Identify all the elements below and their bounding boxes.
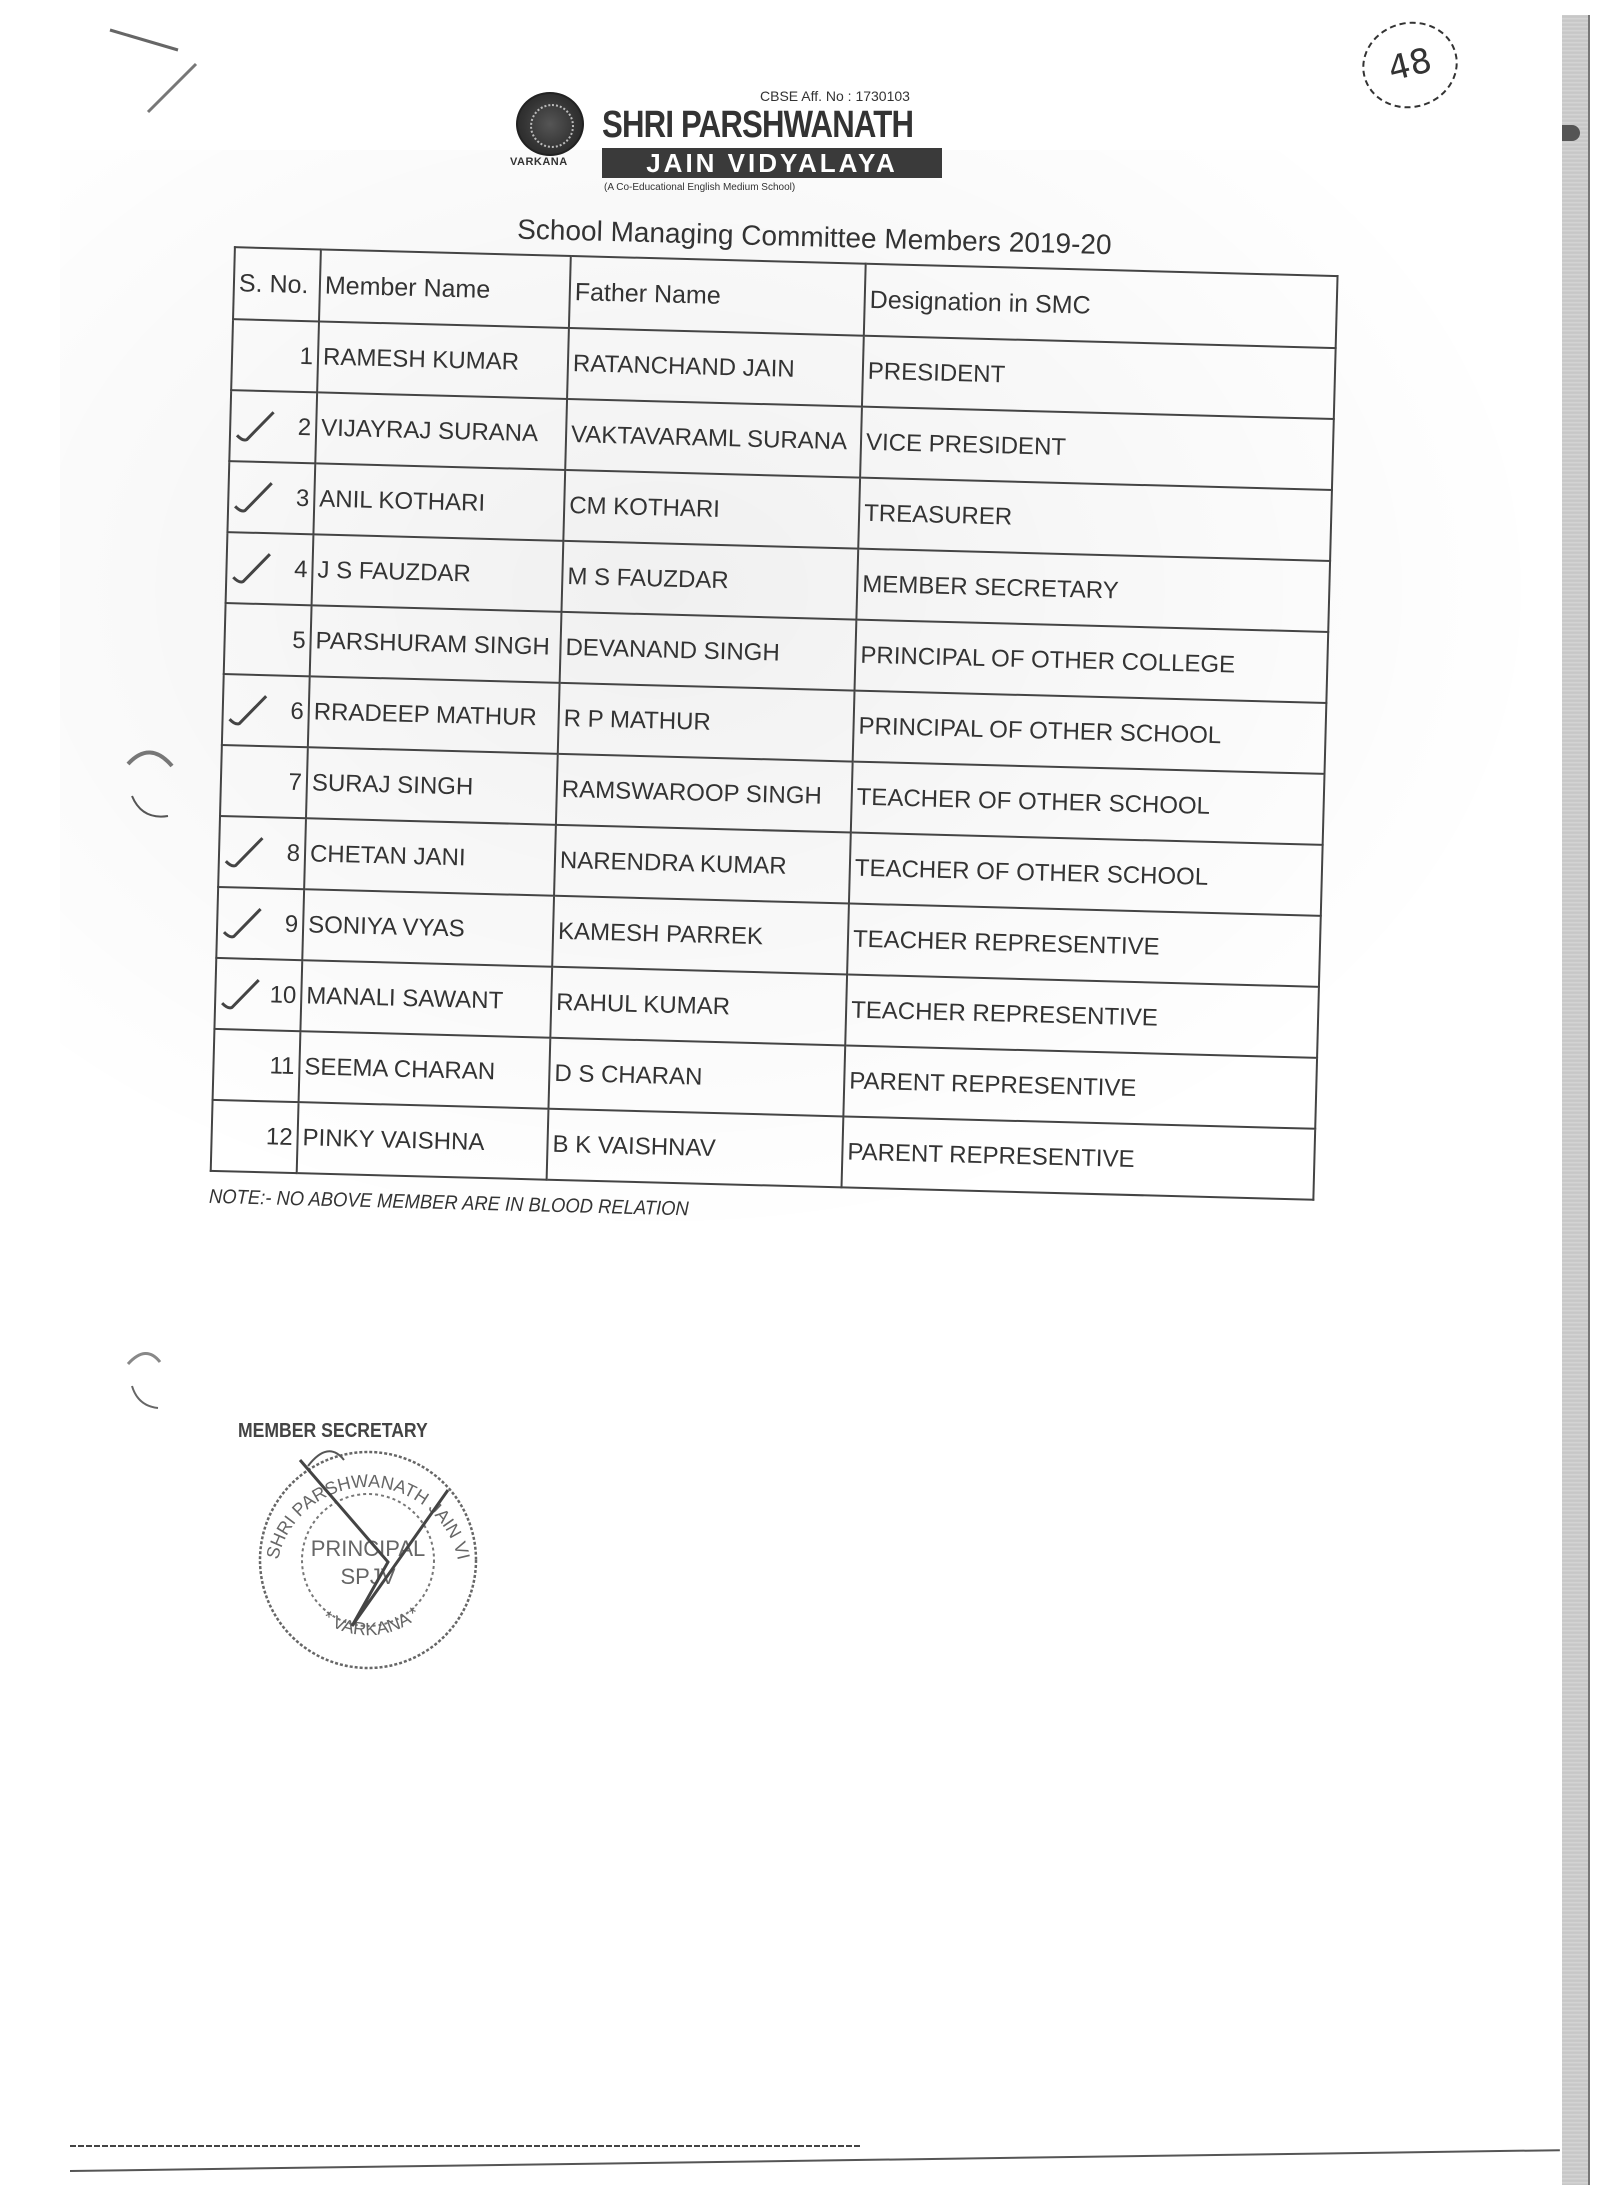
cell-member-name: RAMESH KUMAR [317, 321, 569, 399]
cell-father-name: RATANCHAND JAIN [567, 328, 864, 407]
signatory-label: MEMBER SECRETARY [238, 1420, 428, 1443]
cell-father-name: KAMESH PARREK [552, 896, 849, 975]
handwritten-page-number: 48 [1353, 12, 1467, 119]
cell-sno-text: 10 [269, 981, 296, 1009]
school-name-line2: JAIN VIDYALAYA [602, 148, 942, 178]
cell-member-name-text: J S FAUZDAR [317, 556, 471, 587]
cell-father-name-text: KAMESH PARREK [558, 917, 764, 949]
cell-designation: PRINCIPAL OF OTHER SCHOOL [853, 691, 1327, 774]
cell-sno-text: 8 [286, 839, 300, 866]
cell-designation: PRESIDENT [862, 336, 1336, 419]
checkmark-icon [233, 405, 284, 446]
cell-father-name: B K VAISHNAV [547, 1109, 844, 1188]
cell-sno: 4 [226, 532, 314, 605]
school-subtitle: (A Co-Educational English Medium School) [604, 182, 795, 193]
scanner-edge-strip [1562, 15, 1590, 2185]
cell-sno-text: 1 [299, 342, 313, 369]
cell-father-name-text: VAKTAVARAML SURANA [571, 421, 848, 455]
cell-member-name: PARSHURAM SINGH [310, 605, 562, 683]
cell-father-name-text: D S CHARAN [554, 1059, 703, 1090]
cell-father-name-text: RAHUL KUMAR [556, 988, 730, 1020]
cell-father-name: RAHUL KUMAR [550, 967, 847, 1046]
cell-father-name-text: M S FAUZDAR [567, 563, 729, 594]
cell-sno-text: 5 [292, 626, 306, 653]
cell-member-name: ANIL KOTHARI [313, 463, 565, 541]
cell-sno-text: 7 [288, 768, 302, 795]
checkmark-icon [229, 547, 280, 588]
cell-sno: 11 [213, 1029, 301, 1102]
cell-father-name-text: CM KOTHARI [569, 492, 720, 523]
cell-member-name: SURAJ SINGH [306, 747, 558, 825]
cell-member-name-text: SURAJ SINGH [312, 769, 474, 800]
header-sno: S. No. [233, 247, 321, 321]
cell-father-name: M S FAUZDAR [561, 541, 858, 620]
cell-sno: 10 [214, 958, 302, 1031]
cell-member-name: SEEMA CHARAN [299, 1031, 551, 1109]
cell-father-name: D S CHARAN [548, 1038, 845, 1117]
cell-designation: TEACHER REPRESENTIVE [847, 903, 1321, 986]
letterhead: VARKANA CBSE Aff. No : 1730103 SHRI PARS… [510, 82, 950, 202]
cell-designation: PARENT REPRESENTIVE [843, 1045, 1317, 1128]
cell-member-name-text: RAMESH KUMAR [323, 343, 520, 375]
cell-designation-text: PARENT REPRESENTIVE [847, 1138, 1135, 1173]
cell-sno-text: 2 [298, 413, 312, 440]
cell-father-name-text: NARENDRA KUMAR [560, 846, 787, 879]
cell-sno-text: 4 [294, 555, 308, 582]
cell-father-name: DEVANAND SINGH [560, 612, 857, 691]
cell-member-name: CHETAN JANI [304, 818, 556, 896]
cell-sno: 1 [231, 319, 319, 392]
header-father-name: Father Name [569, 256, 866, 336]
cell-father-name-text: B K VAISHNAV [552, 1130, 716, 1161]
cell-designation-text: TEACHER OF OTHER SCHOOL [855, 854, 1209, 890]
cell-designation: VICE PRESIDENT [860, 407, 1334, 490]
cell-member-name: J S FAUZDAR [312, 534, 564, 612]
cell-designation: TEACHER REPRESENTIVE [845, 974, 1319, 1057]
cell-designation-text: VICE PRESIDENT [866, 428, 1067, 460]
pen-mark-icon [100, 20, 210, 120]
checkmark-icon [225, 689, 276, 730]
cell-sno: 6 [222, 674, 310, 747]
cell-designation-text: PRESIDENT [868, 357, 1006, 388]
cell-member-name: SONIYA VYAS [302, 889, 554, 967]
header-designation: Designation in SMC [864, 264, 1338, 348]
committee-table: S. No. Member Name Father Name Designati… [210, 246, 1339, 1201]
cell-member-name-text: RRADEEP MATHUR [313, 698, 537, 731]
cell-member-name-text: PARSHURAM SINGH [315, 627, 550, 660]
school-stamp-icon: SHRI PARSHWANATH JAIN VIDYALAYA * VARKAN… [248, 1430, 488, 1670]
school-logo-icon [516, 92, 584, 156]
cell-member-name: MANALI SAWANT [300, 960, 552, 1038]
cell-sno: 3 [227, 461, 315, 534]
school-name-line1: SHRI PARSHWANATH [602, 104, 913, 147]
hole-punch-icon [120, 1340, 190, 1430]
checkmark-icon [218, 973, 269, 1014]
cell-sno-text: 6 [290, 697, 304, 724]
cell-designation-text: TEACHER REPRESENTIVE [851, 996, 1158, 1031]
checkmark-icon [231, 476, 282, 517]
cell-designation-text: PRINCIPAL OF OTHER COLLEGE [860, 641, 1235, 678]
cell-sno: 5 [224, 603, 312, 676]
cell-father-name-text: DEVANAND SINGH [565, 633, 780, 666]
svg-text:* VARKANA *: * VARKANA * [319, 1603, 424, 1640]
cell-member-name-text: CHETAN JANI [310, 840, 466, 871]
cell-father-name: R P MATHUR [558, 683, 855, 762]
header-member-name: Member Name [319, 249, 571, 328]
footer-rule [70, 2149, 1560, 2172]
cell-father-name-text: RATANCHAND JAIN [573, 350, 795, 383]
cell-designation: MEMBER SECRETARY [856, 549, 1330, 632]
cell-designation: TEACHER OF OTHER SCHOOL [851, 762, 1325, 845]
cell-designation-text: TEACHER REPRESENTIVE [853, 925, 1160, 960]
cell-designation: PRINCIPAL OF OTHER COLLEGE [855, 620, 1329, 703]
cell-sno-text: 11 [269, 1052, 295, 1080]
clip-mark-icon [1562, 125, 1580, 141]
cell-member-name-text: PINKY VAISHNA [302, 1124, 484, 1156]
cell-father-name: RAMSWAROOP SINGH [556, 754, 853, 833]
cell-member-name-text: SEEMA CHARAN [304, 1053, 495, 1085]
cell-designation: TEACHER OF OTHER SCHOOL [849, 833, 1323, 916]
cell-designation-text: MEMBER SECRETARY [862, 570, 1119, 604]
checkmark-icon [220, 902, 271, 943]
logo-caption: VARKANA [510, 156, 568, 168]
cell-member-name-text: ANIL KOTHARI [319, 485, 485, 516]
checkmark-icon [222, 831, 273, 872]
cell-father-name: NARENDRA KUMAR [554, 825, 851, 904]
cell-sno-text: 9 [285, 910, 299, 937]
cell-sno-text: 12 [266, 1123, 293, 1151]
cell-sno: 7 [220, 745, 308, 818]
cell-member-name-text: SONIYA VYAS [308, 911, 465, 942]
cell-sno: 8 [218, 816, 306, 889]
cell-father-name: VAKTAVARAML SURANA [565, 399, 862, 478]
cell-designation: PARENT REPRESENTIVE [842, 1116, 1316, 1199]
cell-sno-text: 3 [296, 484, 310, 511]
cell-designation: TREASURER [858, 478, 1332, 561]
cell-father-name: CM KOTHARI [563, 470, 860, 549]
cell-designation-text: PRINCIPAL OF OTHER SCHOOL [858, 712, 1221, 748]
cell-member-name: RRADEEP MATHUR [308, 676, 560, 754]
cell-member-name-text: VIJAYRAJ SURANA [321, 414, 539, 447]
cell-sno: 12 [211, 1100, 299, 1173]
affiliation-number: CBSE Aff. No : 1730103 [760, 88, 910, 104]
cell-member-name: VIJAYRAJ SURANA [315, 392, 567, 470]
cell-member-name: PINKY VAISHNA [297, 1102, 549, 1180]
signature-block: SHRI PARSHWANATH JAIN VIDYALAYA * VARKAN… [238, 1420, 518, 1670]
cell-designation-text: TEACHER OF OTHER SCHOOL [856, 783, 1210, 819]
cell-father-name-text: RAMSWAROOP SINGH [561, 775, 822, 809]
footer-rule [70, 2145, 860, 2147]
cell-sno: 9 [216, 887, 304, 960]
cell-father-name-text: R P MATHUR [563, 704, 711, 735]
document-body: School Managing Committee Members 2019-2… [164, 205, 1320, 1237]
cell-designation-text: PARENT REPRESENTIVE [849, 1067, 1137, 1102]
cell-sno: 2 [229, 390, 317, 463]
cell-member-name-text: MANALI SAWANT [306, 982, 504, 1014]
cell-designation-text: TREASURER [864, 499, 1013, 530]
stamp-bottom-text: * VARKANA * [319, 1603, 424, 1640]
